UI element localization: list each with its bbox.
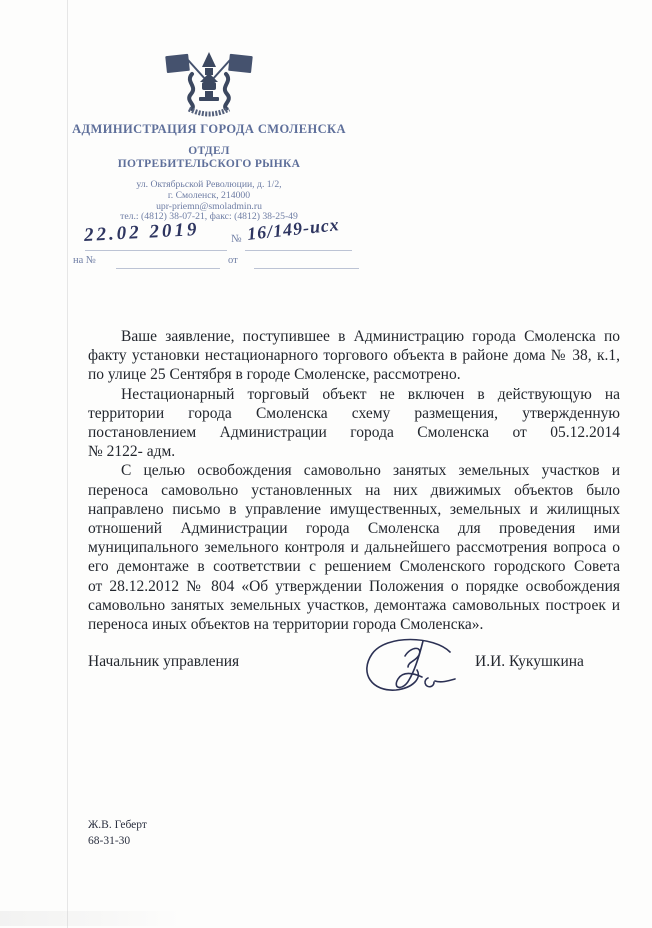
body-line: по улице 25 Сентября в городе Смоленске,… xyxy=(88,365,620,384)
body-line: отношений Администрации города Смоленска… xyxy=(88,519,620,538)
body-line: постановлением Администрации города Смол… xyxy=(88,423,620,442)
dept-name-line2: ПОТРЕБИТЕЛЬСКОГО РЫНКА xyxy=(70,158,348,171)
org-name: АДМИНИСТРАЦИЯ ГОРОДА СМОЛЕНСКА xyxy=(70,122,348,137)
address-line-2: г. Смоленск, 214000 xyxy=(70,191,348,202)
body-line: факту установки нестационарного торговог… xyxy=(88,346,620,365)
executor-phone: 68-31-30 xyxy=(88,833,147,849)
body-line: Нестационарный торговый объект не включе… xyxy=(88,385,620,404)
body-line: направлено письмо в управление имуществе… xyxy=(88,500,620,519)
body-paragraph: Ваше заявление, поступившее в Администра… xyxy=(88,327,620,385)
scan-edge-artifact xyxy=(67,0,68,928)
body-line: переноса иных объектов на территории гор… xyxy=(88,615,620,634)
body-line: территории города Смоленска схему размещ… xyxy=(88,404,620,423)
body-line: № 2122- адм. xyxy=(88,442,620,461)
letterhead: АДМИНИСТРАЦИЯ ГОРОДА СМОЛЕНСКА ОТДЕЛ ПОТ… xyxy=(70,52,348,223)
reply-number-underline xyxy=(116,268,220,269)
body-line: его демонтаже в соответствии с решением … xyxy=(88,557,620,576)
body-line: С целью освобождения самовольно занятых … xyxy=(88,461,620,480)
reply-ref-prefix: на № xyxy=(73,255,96,266)
executor-block: Ж.В. Геберт 68-31-30 xyxy=(88,817,147,849)
body-paragraph: Нестационарный торговый объект не включе… xyxy=(88,385,620,462)
body-line: самовольно занятых земельных участков, д… xyxy=(88,596,620,615)
reply-ref-from: от xyxy=(228,255,238,266)
signer-name: И.И. Кукушкина xyxy=(475,653,584,671)
smolensk-coat-of-arms-icon xyxy=(159,52,259,118)
body-line: от 28.12.2012 № 804 «Об утверждении Поло… xyxy=(88,577,620,596)
body-paragraph: С целью освобождения самовольно занятых … xyxy=(88,461,620,634)
handwritten-date: 22.02 2019 xyxy=(84,219,200,247)
number-sign: № xyxy=(231,233,242,245)
scanned-letter-page: АДМИНИСТРАЦИЯ ГОРОДА СМОЛЕНСКА ОТДЕЛ ПОТ… xyxy=(0,0,652,928)
body-text: Ваше заявление, поступившее в Администра… xyxy=(88,327,620,634)
dept-name-line1: ОТДЕЛ xyxy=(70,145,348,158)
body-line: муниципального земельного контроля и дал… xyxy=(88,538,620,557)
number-underline xyxy=(245,250,352,251)
body-line: Ваше заявление, поступившее в Администра… xyxy=(88,327,620,346)
dept-name: ОТДЕЛ ПОТРЕБИТЕЛЬСКОГО РЫНКА xyxy=(70,145,348,171)
handwritten-signature-icon xyxy=(356,632,468,706)
scan-smudge-artifact xyxy=(0,911,180,926)
executor-name: Ж.В. Геберт xyxy=(88,817,147,833)
signer-position: Начальник управления xyxy=(88,653,239,671)
body-line: переноса самовольно установленных на них… xyxy=(88,481,620,500)
reply-date-underline xyxy=(254,268,359,269)
date-underline xyxy=(85,250,227,251)
